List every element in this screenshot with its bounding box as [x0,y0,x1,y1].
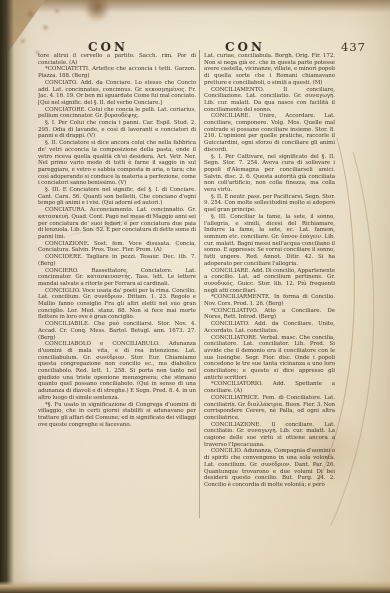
dictionary-entry: CONCILIAZIONE. Il conciliare. Lat. conci… [204,422,335,449]
dictionary-entry: CONCIDERE. Tagliare in pezzi. Tesaur. De… [38,254,196,267]
page-number: 437 [336,40,366,54]
dictionary-entry: CONCIAZIONE. Sost. fem. Voce disusata. C… [38,241,196,254]
dictionary-entry: *CONCILIARMENTE. In forma di Concilio. N… [204,294,335,307]
foxing-spot [54,8,60,14]
dictionary-entry: *CONCILIATIVO. Atto a Conciliare. De Nor… [204,308,335,321]
dictionary-entry: §. I. Per Cattivare, nel significato del… [204,154,335,194]
dictionary-entry: *CONCILIATORIO. Add. Spettante a concili… [204,381,335,394]
dictionary-entry: CONCIATORE. Colui che concia le pelli. L… [38,107,196,120]
dictionary-entry: §. II. E neutr. pass. per Pacificarsi. S… [204,194,335,214]
dictionary-entry: tore altrui il cervello a partito. Sacch… [38,53,196,66]
dictionary-entry: CONCILIATRICE. Fem. di Conciliatore. Lat… [204,395,335,422]
dictionary-entry: *CONCIATETTI. Artefice che acconcia i te… [38,66,196,79]
dictionary-entry: CONCILIABOLO e CONCILIABULO. Adunanza d'… [38,341,196,401]
dictionary-entry: §. III. E Conciatore nel signific. del §… [38,187,196,207]
book-gutter-shadow [0,0,14,593]
foxing-spot [20,38,26,44]
dictionary-entry: CONCILIARE. Add. Di concilio, Appartenen… [204,268,335,295]
text-column-left: tore altrui il cervello a partito. Sacch… [38,53,196,521]
foxing-spot [26,10,35,18]
dictionary-entry: §. I. Per Colui che concia i panni. Car.… [38,120,196,140]
dictionary-entry: CONCILIATO. Add. da Conciliare. Unito, A… [204,321,335,334]
dictionary-entry: CONCILIARE. Unire, Accordare. Lat. conci… [204,113,335,153]
dictionary-entry: CONCILIABILE. Che può conciliarsi. Stor.… [38,321,196,341]
text-column-right: Lat. curiae, conciliabula. Borgh. Orig. … [204,53,335,521]
dictionary-entry: §. II. Conciatore si dice ancora colui c… [38,140,196,187]
dictionary-entry: CONCILIAMENTO. Il conciliare, Conciliazi… [204,87,335,114]
foxing-spot [42,24,49,31]
dictionary-entry: CONCIATO. Add. da Conciare. Lo stesso ch… [38,80,196,107]
running-title-right: CON [202,40,288,54]
dictionary-entry: CONCIATURA. Acconciamento. Lat. concinna… [38,207,196,241]
column-divider-rule [199,50,200,518]
dictionary-entry: Lat. curiae, conciliabula. Borgh. Orig. … [204,53,335,87]
running-title-left: CON [38,40,178,54]
dictionary-entry: CONCIGLIO. Voce usata da' poeti per la r… [38,288,196,322]
page-bottom-edge [0,581,390,593]
dictionary-entry: CONCILIATORE. Verbal. masc. Che concilia… [204,335,335,382]
dictionary-entry: CONCIERO. Rassettatore, Conciatore. Lat.… [38,268,196,288]
scanned-book-page: CON CON 437 tore altrui il cervello a pa… [0,0,390,593]
dictionary-entry: *§. Fu usato in significazione di Congre… [38,402,196,429]
dictionary-entry: §. III. Conciliar la fame, la sete, il s… [204,214,335,268]
dictionary-entry: CONCILIO. Adunanza, Compagnia d'uomini o… [204,448,335,488]
